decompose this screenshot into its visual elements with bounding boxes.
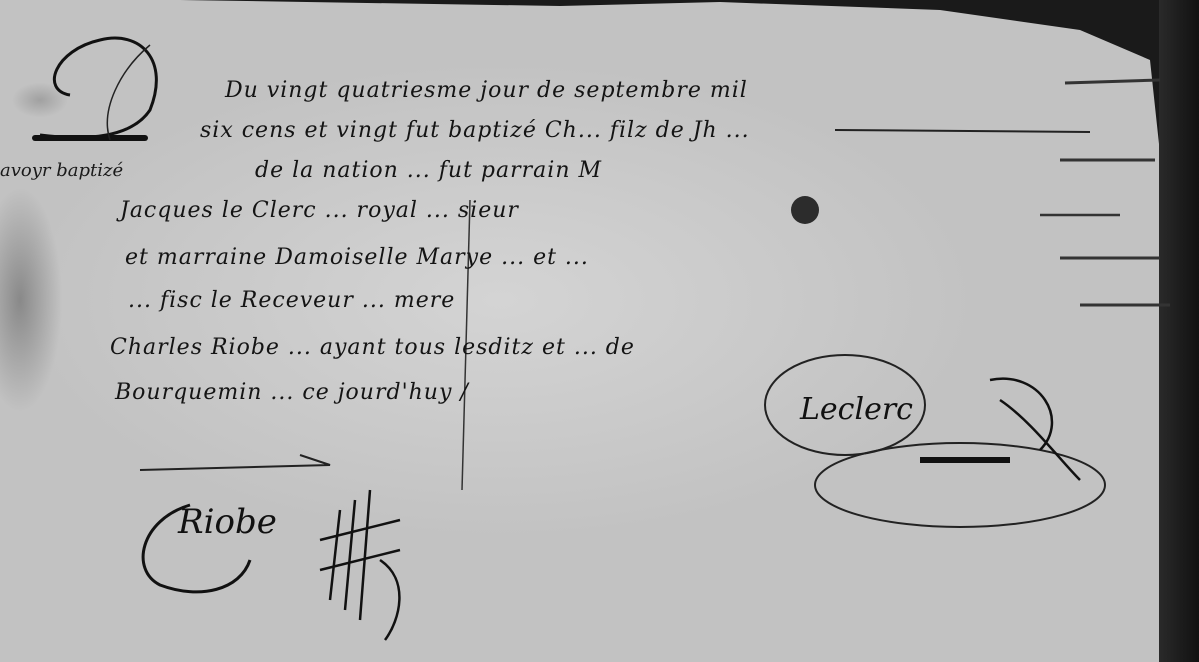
record-line-5: et marraine Damoiselle Marye ... et ... [125,245,589,270]
signature-riobe: Riobe [178,502,277,542]
record-line-3: de la nation ... fut parrain M [255,158,602,183]
record-line-8: Bourquemin ... ce jourd'huy / [115,380,469,405]
margin-note: avoyr baptizé [0,160,123,181]
page-edge-shadow [1159,0,1199,662]
signature-leclerc: Leclerc [800,392,913,427]
record-line-6: ... fisc le Receveur ... mere [128,288,455,313]
record-line-7: Charles Riobe ... ayant tous lesditz et … [110,335,635,360]
record-line-1: Du vingt quatriesme jour de septembre mi… [225,78,748,103]
record-line-2: six cens et vingt fut baptizé Ch... filz… [200,118,750,143]
record-line-4: Jacques le Clerc ... royal ... sieur [120,198,519,223]
